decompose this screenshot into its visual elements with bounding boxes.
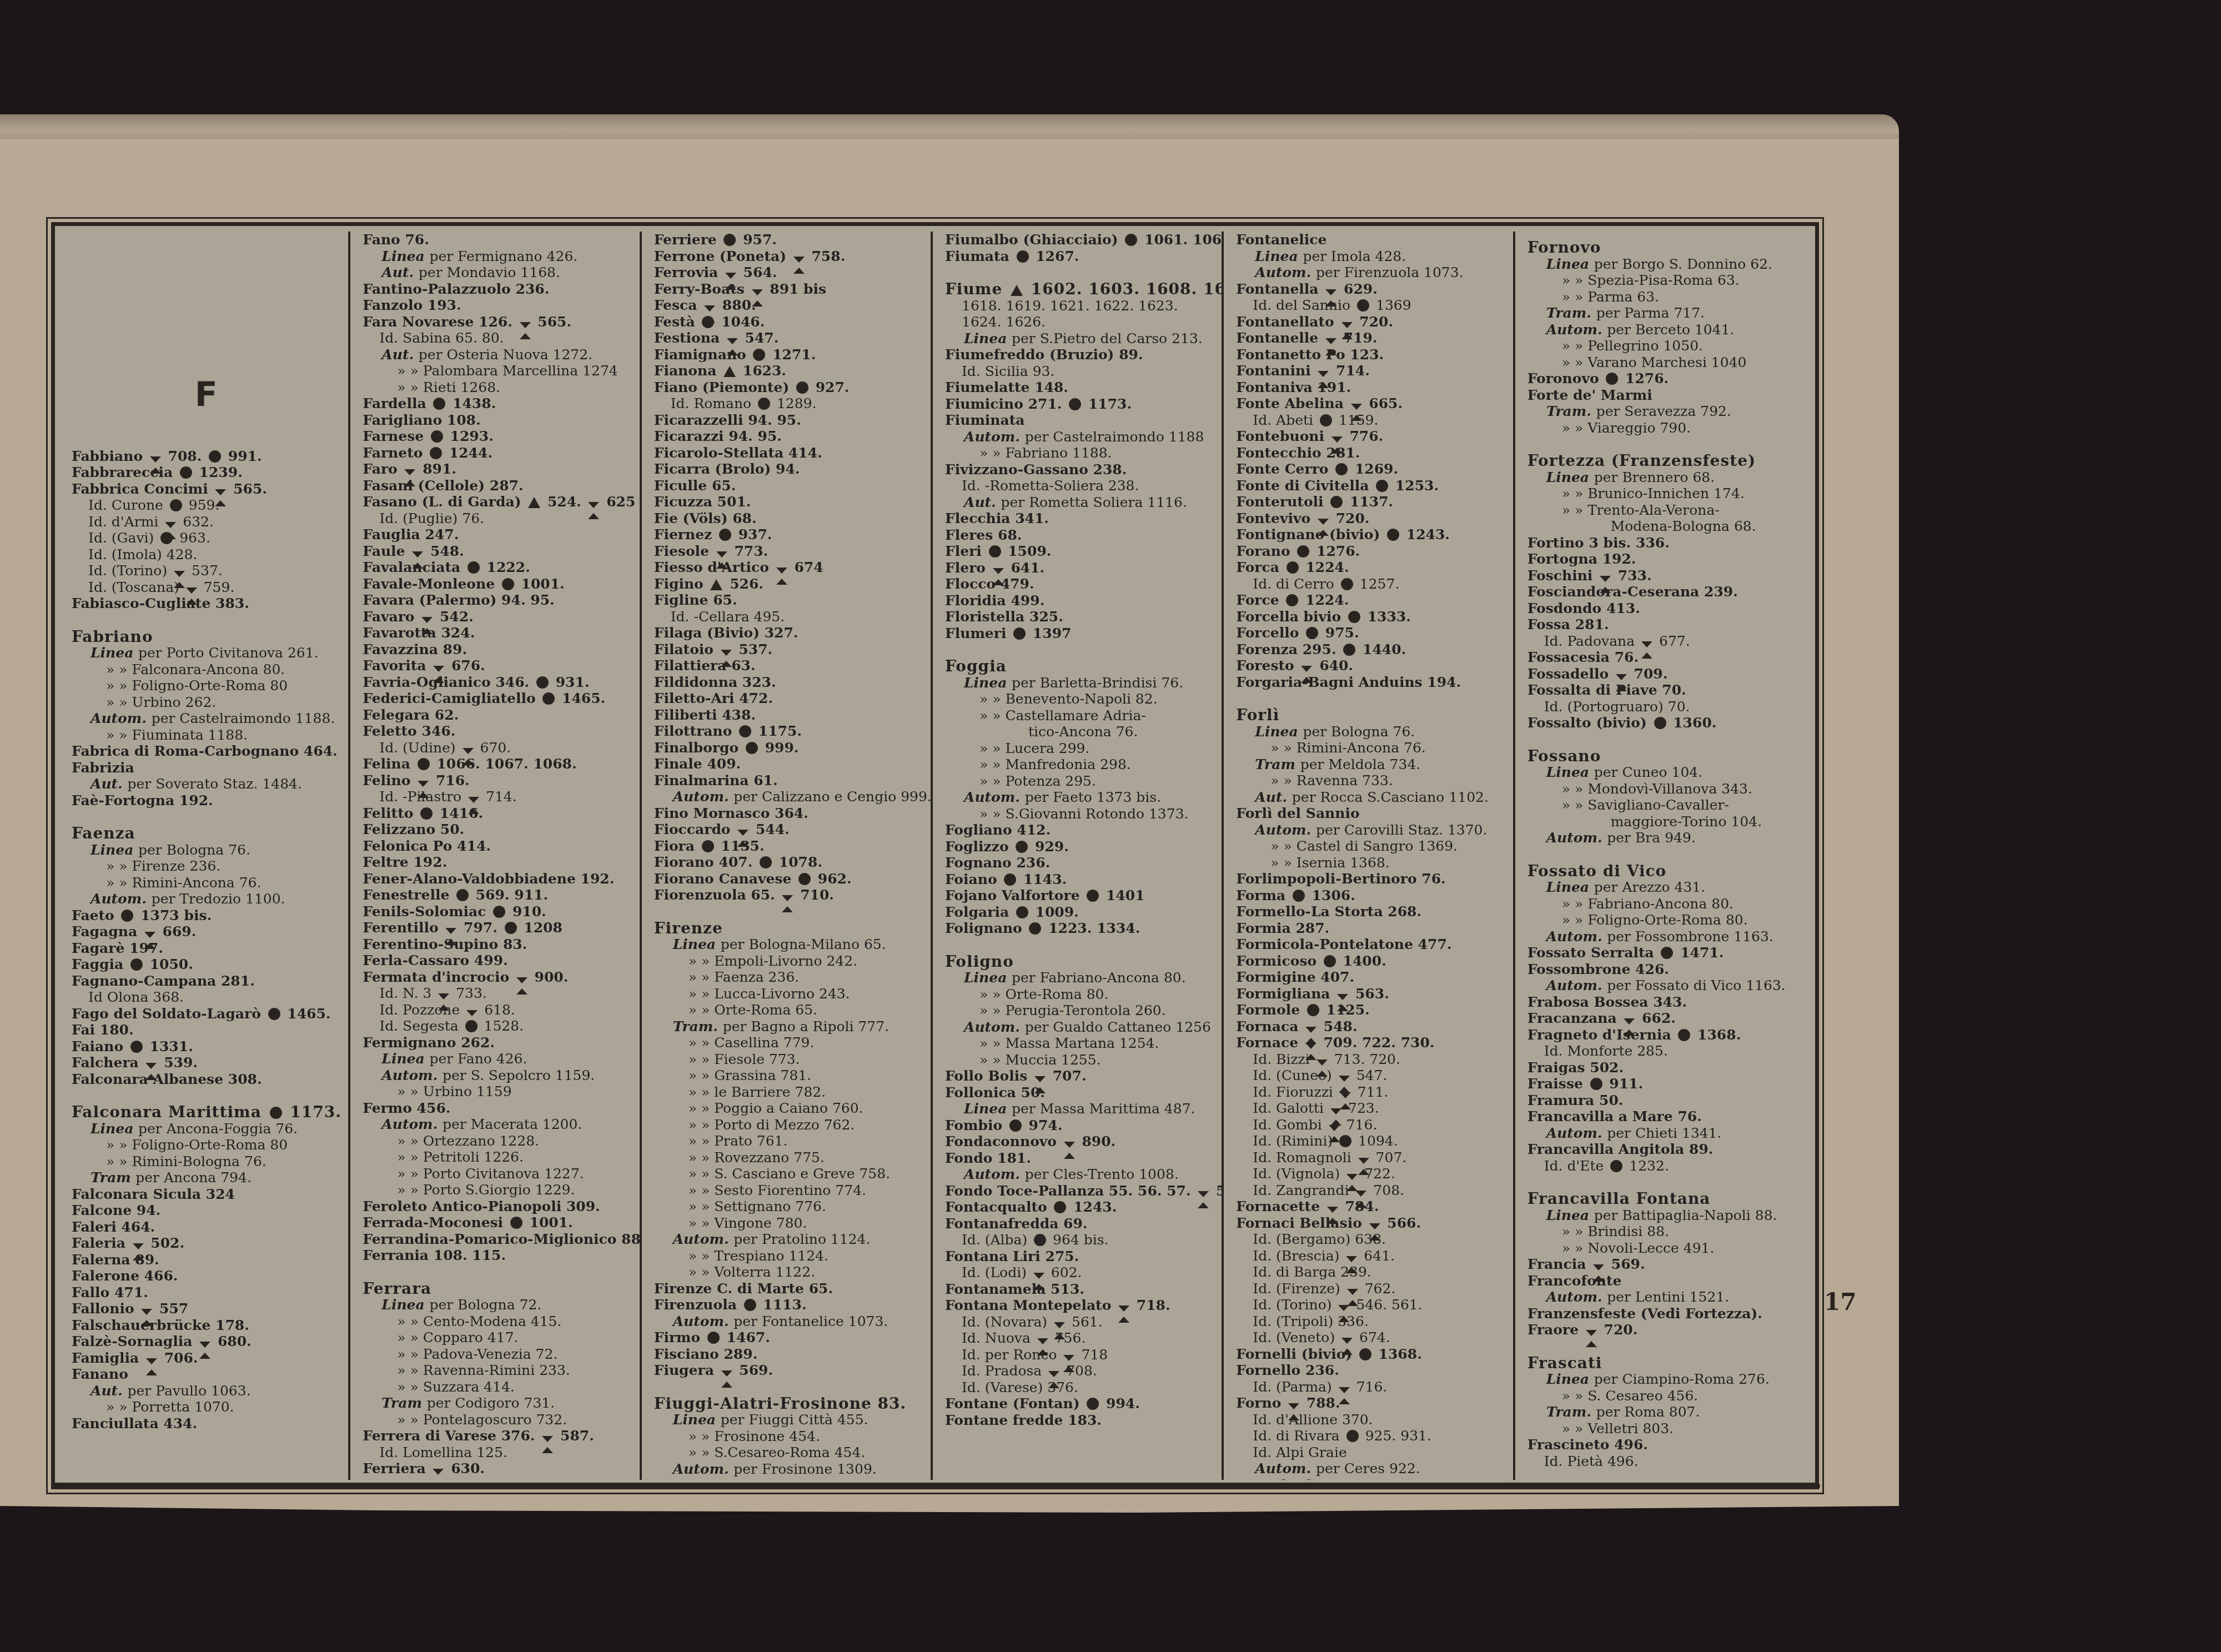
index-entry: Id. (Novara) 561.	[945, 1314, 1214, 1330]
index-entry: Floridia 499.	[945, 592, 1214, 609]
index-entry: Fontanellato 720.	[1236, 314, 1505, 330]
index-entry: Faleria 502.	[72, 1235, 340, 1252]
autobus-icon	[130, 1041, 143, 1053]
route-type-label: Autom.	[381, 1116, 443, 1132]
index-entry: » » Velletri 803.	[1527, 1420, 1796, 1437]
autobus-icon	[180, 466, 192, 479]
index-entry: Falschauerbrücke 178.	[72, 1317, 340, 1334]
autobus-icon	[760, 856, 772, 868]
index-entry: Fiora 1135.	[654, 838, 923, 855]
index-entry: Fornacette 784.	[1236, 1198, 1505, 1215]
index-entry: Fontacqualto 1243.	[945, 1199, 1214, 1216]
index-entry: Linea per Fabriano-Ancona 80.	[945, 970, 1214, 986]
index-entry: Forte de' Marmi	[1527, 387, 1796, 404]
autobus-icon	[505, 922, 517, 934]
autobus-icon	[723, 234, 736, 246]
index-entry: Id. (Brescia) 641.	[1236, 1248, 1505, 1264]
index-entry: Linea per S.Pietro del Carso 213.	[945, 330, 1214, 347]
index-entry: Id. Sabina 65. 80.	[363, 330, 631, 347]
railway-station-icon	[1355, 1191, 1366, 1197]
index-entry: Francavilla a Mare 76.	[1527, 1108, 1796, 1125]
index-entry: » » Rimini-Ancona 76.	[72, 875, 340, 891]
index-entry: Linea per Bologna 76.	[1236, 724, 1505, 740]
index-entry: » » Isernia 1368.	[1236, 855, 1505, 871]
index-entry: Fiorenzuola 65. 710.	[654, 887, 923, 903]
index-entry: Id. Galotti 723.	[1236, 1100, 1505, 1117]
index-entry: Ficarazzelli 94. 95.	[654, 412, 923, 429]
index-entry: Fardella 1438.	[363, 395, 631, 412]
index-entry: » » Castellamare Adria-	[945, 707, 1214, 724]
index-entry: Linea per Bologna 76.	[72, 842, 340, 858]
index-entry: Formole 1125.	[1236, 1002, 1505, 1018]
autobus-icon	[420, 807, 433, 820]
railway-station-icon	[704, 305, 715, 312]
index-entry: Fermata d'incrocio 900.	[363, 969, 631, 986]
route-type-label: Autom.	[1255, 822, 1316, 838]
index-entry: Id. (Lodi) 602.	[945, 1264, 1214, 1281]
index-entry: Linea per Arezzo 431.	[1527, 879, 1796, 896]
autobus-icon	[1054, 1201, 1066, 1213]
route-type-label: Tram.	[1546, 1404, 1596, 1420]
index-entry: Id. (Veneto) 674.	[1236, 1329, 1505, 1346]
index-entry: Falcone 94.	[72, 1202, 340, 1219]
autobus-icon	[1087, 1398, 1099, 1410]
autobus-icon	[1324, 955, 1336, 967]
index-entry: Fontignano (bivio) 1243.	[1236, 526, 1505, 543]
index-entry: Id. (Parma) 716.	[1236, 1379, 1505, 1395]
index-entry: Tram. per Seravezza 792.	[1527, 403, 1796, 420]
railway-station-icon	[737, 830, 748, 836]
railway-station-icon	[1048, 1371, 1059, 1377]
index-entry: Feletto 346.	[363, 723, 631, 740]
route-type-label: Tram	[91, 1169, 135, 1186]
railway-station-icon	[1586, 1330, 1597, 1336]
index-entry: » » Petritoli 1226.	[363, 1149, 631, 1166]
spacer	[1527, 436, 1796, 445]
index-entry: Tram per Ancona 794.	[72, 1169, 340, 1186]
railway-station-icon	[1347, 1289, 1358, 1295]
section-letter: F	[72, 387, 340, 404]
index-entry: Id. di Barga 239.	[1236, 1264, 1505, 1281]
autobus-icon	[702, 840, 714, 852]
route-type-label: Linea	[91, 645, 138, 661]
index-entry: Linea per Fano 426.	[363, 1051, 631, 1067]
railway-station-icon	[1305, 1043, 1316, 1049]
railway-station-icon	[727, 338, 738, 344]
route-type-label: Autom.	[91, 710, 152, 726]
index-entry: Frascineto 496.	[1527, 1437, 1796, 1453]
index-entry: Fabiasco-Cugliate 383.	[72, 595, 340, 612]
index-entry: Ficuzza 501.	[654, 494, 923, 510]
index-entry: Flumeri 1397	[945, 625, 1214, 642]
index-entry: » » Potenza 295.	[945, 773, 1214, 790]
autobus-icon	[1330, 496, 1343, 508]
index-entry: Fonterutoli 1137.	[1236, 494, 1505, 510]
index-entry: Id. di Cerro 1257.	[1236, 576, 1505, 592]
index-entry: Id. Zangrandi 708.	[1236, 1182, 1505, 1199]
index-entry: Fossa 281.	[1527, 616, 1796, 633]
route-type-label: Autom.	[1255, 1460, 1316, 1477]
index-entry: Id. (Portogruaro) 70.	[1527, 699, 1796, 715]
index-entry: » » Empoli-Livorno 242.	[654, 953, 923, 970]
autobus-icon	[1343, 644, 1355, 656]
route-type-label: Linea	[1255, 248, 1303, 264]
route-type-label: Autom.	[381, 1067, 443, 1083]
railway-station-icon	[752, 289, 763, 295]
index-entry: Autom. per Fossombrone 1163.	[1527, 928, 1796, 945]
index-entry: Ferla-Cassaro 499.	[363, 952, 631, 969]
index-entry: Formigliana 563.	[1236, 986, 1505, 1002]
index-entry: Foglizzo 929.	[945, 838, 1214, 855]
index-entry: Autom. per Ceres 922.	[1236, 1460, 1505, 1477]
index-entry: Linea per Battipaglia-Napoli 88.	[1527, 1207, 1796, 1224]
index-entry: Fontanetto Po 123.	[1236, 347, 1505, 363]
index-entry: Fossacesia 76.	[1527, 649, 1796, 666]
index-entry: Filetto-Ari 472.	[654, 690, 923, 707]
index-entry: Modena-Bologna 68.	[1527, 518, 1796, 535]
index-entry: » » Varano Marchesi 1040	[1527, 354, 1796, 371]
railway-station-icon	[1641, 641, 1652, 647]
index-entry: » » Mondovì-Villanova 343.	[1527, 781, 1796, 797]
route-type-label: Linea	[91, 1121, 138, 1137]
route-type-label: Autom.	[1546, 928, 1607, 945]
railway-station-icon	[1338, 1305, 1349, 1311]
index-entry: Autom. per Tredozio 1100.	[72, 891, 340, 907]
index-section-heading: Fornovo	[1527, 239, 1796, 256]
index-entry: Fontana Liri 275.	[945, 1248, 1214, 1265]
railway-station-icon	[776, 568, 787, 574]
index-entry: Fosdondo 413.	[1527, 600, 1796, 617]
autobus-icon	[1287, 561, 1299, 574]
index-entry: Id. (Toscana) 759.	[72, 579, 340, 596]
index-entry: Linea per Fermignano 426.	[363, 248, 631, 265]
railway-station-icon	[716, 551, 727, 558]
index-entry: Fondo 181.	[945, 1150, 1214, 1167]
index-entry: Fiumefreddo (Bruzio) 89.	[945, 347, 1214, 363]
index-entry: Fondo Toce-Pallanza 55. 56. 57. 568.	[945, 1183, 1214, 1199]
autobus-icon	[1320, 414, 1332, 426]
index-entry: Fabbrareccia 1239.	[72, 464, 340, 481]
index-entry: Fleres 68.	[945, 527, 1214, 544]
autobus-icon	[121, 910, 133, 922]
index-entry: Id. (Tripoli) 336.	[1236, 1313, 1505, 1330]
railway-station-icon	[721, 650, 732, 656]
index-entry: Fontebuoni 776.	[1236, 428, 1505, 445]
index-entry: Formia 287.	[1236, 920, 1505, 937]
boat-anchor-icon	[528, 497, 540, 508]
index-entry: » » Poggio a Caiano 760.	[654, 1100, 923, 1117]
index-entry: » » Brunico-Innichen 174.	[1527, 485, 1796, 502]
autobus-icon	[1009, 1119, 1022, 1132]
index-entry: Tram. per Bagno a Ripoli 777.	[654, 1018, 923, 1035]
route-type-label: Linea	[964, 970, 1012, 986]
railway-station-icon	[993, 568, 1004, 574]
railway-station-icon	[466, 1010, 478, 1016]
index-entry: Id. Fioruzzi 711.	[1236, 1084, 1505, 1101]
railway-station-icon	[520, 322, 531, 328]
index-entry: » » Ravenna-Rimini 233.	[363, 1362, 631, 1379]
index-entry: » » Firenze 236.	[72, 858, 340, 875]
index-entry: Favaro 542.	[363, 609, 631, 625]
index-entry: Formicoso 1400.	[1236, 953, 1505, 970]
index-entry: Falconara Albanese 308.	[72, 1071, 340, 1088]
index-entry: » » Fabriano 1188.	[945, 445, 1214, 461]
index-entry: Fornello 236.	[1236, 1362, 1505, 1379]
index-entry: Linea per Cuneo 104.	[1527, 764, 1796, 781]
index-entry: Folgaria 1009.	[945, 904, 1214, 921]
autobus-icon	[1678, 1029, 1690, 1041]
index-entry: 1624. 1626.	[945, 314, 1214, 330]
index-entry: Id. d'Ete 1232.	[1527, 1158, 1796, 1174]
railway-station-icon	[1037, 1338, 1048, 1344]
index-entry: Fasano (L. di Garda) 524. 625	[363, 494, 631, 510]
index-entry: » » Foligno-Orte-Roma 80.	[1527, 912, 1796, 928]
railway-station-icon	[1593, 1264, 1604, 1271]
index-entry: Autom. per Firenzuola 1073.	[1236, 264, 1505, 281]
index-entry: Fracanzana 662.	[1527, 1010, 1796, 1027]
index-entry: Fleri 1509.	[945, 543, 1214, 560]
route-type-label: Linea	[381, 1297, 429, 1313]
autobus-icon	[1004, 873, 1016, 886]
index-entry: Fiuminata	[945, 412, 1214, 429]
index-entry: » » Spezia-Pisa-Roma 63.	[1527, 272, 1796, 289]
index-entry: Fornelli (bivio) 1368.	[1236, 1346, 1505, 1363]
index-entry: Forlimpopoli-Bertinoro 76.	[1236, 871, 1505, 887]
index-entry: Fiumelatte 148.	[945, 379, 1214, 396]
autobus-icon	[1286, 594, 1298, 606]
index-section-heading: Fossano	[1527, 748, 1796, 765]
index-entry: Fallonio 557	[72, 1300, 340, 1317]
index-entry: Faè-Fortogna 192.	[72, 792, 340, 809]
index-entry: Fontevivo 720.	[1236, 510, 1505, 527]
index-entry: Fara Novarese 126. 565.	[363, 314, 631, 330]
index-entry: Foronovo 1276.	[1527, 370, 1796, 387]
railway-station-icon	[421, 617, 433, 623]
index-entry: Id. -Pilastro 714.	[363, 789, 631, 805]
route-type-label: Aut.	[91, 776, 128, 792]
index-entry: Fombio 974.	[945, 1117, 1214, 1134]
route-type-label: Autom.	[964, 789, 1025, 805]
index-entry: Favria-Oglianico 346. 931.	[363, 674, 631, 691]
index-entry: Fontanini 714.	[1236, 363, 1505, 379]
autobus-icon	[1306, 627, 1318, 639]
index-entry: Fossalto (bivio) 1360.	[1527, 715, 1796, 731]
index-entry: » » Lucera 299.	[945, 740, 1214, 757]
autobus-icon	[1357, 299, 1369, 312]
index-entry: Autom. per Cles-Trento 1008.	[945, 1166, 1214, 1183]
spacer	[654, 1379, 923, 1388]
index-entry: Fraore 720.	[1527, 1322, 1796, 1338]
index-entry: Autom. per S. Sepolcro 1159.	[363, 1067, 631, 1084]
index-entry: Id. -Cellara 495.	[654, 609, 923, 625]
autobus-icon	[1339, 1135, 1351, 1147]
index-entry: Autom. per Pratolino 1124.	[654, 1231, 923, 1248]
index-entry: Fianona 1623.	[654, 363, 923, 379]
index-entry: » » Porto Civitanova 1227.	[363, 1166, 631, 1182]
index-entry: Aut. per Pavullo 1063.	[72, 1383, 340, 1399]
index-entry: Francia 569.	[1527, 1256, 1796, 1273]
index-entry: Aut. per Osteria Nuova 1272.	[363, 347, 631, 363]
index-entry: Autom. per Frosinone 1309.	[654, 1461, 923, 1478]
autobus-icon	[1359, 1348, 1371, 1360]
index-entry: Feroleto Antico-Pianopoli 309.	[363, 1198, 631, 1215]
autobus-icon	[268, 1008, 280, 1020]
index-entry: » » Vingone 780.	[654, 1215, 923, 1232]
index-entry: Fenestrelle 569. 911.	[363, 887, 631, 903]
route-type-label: Linea	[673, 936, 721, 952]
spacer	[1236, 690, 1505, 699]
index-entry: Id. Alpi Graie	[1236, 1444, 1505, 1461]
autobus-icon	[433, 398, 445, 410]
index-entry: Fantino-Palazzuolo 236.	[363, 281, 631, 298]
index-column-2: Fano 76.Linea per Fermignano 426.Aut. pe…	[350, 232, 641, 1480]
railway-station-icon	[433, 666, 444, 672]
index-entry: Formello-La Storta 268.	[1236, 903, 1505, 920]
autobus-icon	[1606, 373, 1618, 385]
index-entry: Flecchia 341.	[945, 510, 1214, 527]
index-entry: » » Casellina 779.	[654, 1035, 923, 1051]
railway-station-icon	[438, 993, 449, 1000]
route-type-label: Linea	[1546, 879, 1594, 895]
index-entry: Fiumalbo (Ghiacciaio) 1061. 1062.	[945, 232, 1214, 248]
autobus-icon	[502, 578, 514, 590]
index-entry: » » Sesto Fiorentino 774.	[654, 1182, 923, 1199]
railway-station-icon	[1316, 1060, 1328, 1066]
index-entry: Fontaniva 191.	[1236, 379, 1505, 396]
autobus-icon	[493, 906, 505, 918]
railway-station-icon	[141, 1309, 152, 1315]
autobus-icon	[1293, 890, 1305, 902]
railway-station-icon	[1198, 1191, 1209, 1197]
index-entry: Id. per Ronco 718	[945, 1347, 1214, 1363]
index-entry: Fivizzano-Gassano 238.	[945, 461, 1214, 478]
index-entry: Federici-Camigliatello 1465.	[363, 690, 631, 707]
railway-station-icon	[186, 588, 197, 594]
railway-station-icon	[418, 781, 429, 787]
index-entry: Autom. per Faeto 1373 bis.	[945, 789, 1214, 806]
route-type-label: Autom.	[1546, 1125, 1607, 1141]
index-entry: Id. (Alba) 964 bis.	[945, 1232, 1214, 1248]
index-entry: Linea per Bologna 72.	[363, 1297, 631, 1313]
index-entry: Fiano (Piemonte) 927.	[654, 379, 923, 396]
index-entry: Festiona 547.	[654, 330, 923, 347]
index-entry: » » Volterra 1122.	[654, 1264, 923, 1281]
index-section-heading: Faenza	[72, 825, 340, 842]
index-section-heading: Foggia	[945, 658, 1214, 675]
autobus-icon	[719, 529, 731, 541]
index-entry: Id. Bizzi 713. 720.	[1236, 1051, 1505, 1068]
index-entry: Foiano 1143.	[945, 871, 1214, 888]
spacer	[363, 1264, 631, 1273]
autobus-icon	[1016, 906, 1028, 918]
autobus-icon	[1376, 480, 1388, 492]
index-entry: Id. (Vignola) 722.	[1236, 1166, 1505, 1182]
index-section-heading: Fortezza (Franzensfeste)	[1527, 453, 1796, 469]
autobus-icon	[170, 499, 182, 511]
index-entry: Linea per Porto Civitanova 261.	[72, 645, 340, 661]
index-entry: » » Savigliano-Cavaller-	[1527, 797, 1796, 814]
index-entry: Foschini 733.	[1527, 568, 1796, 584]
index-entry: Farigliano 108.	[363, 412, 631, 429]
index-entry: Id. Lomellina 125.	[363, 1444, 631, 1461]
spacer	[1527, 1338, 1796, 1347]
index-entry: » » Castel di Sangro 1369.	[1236, 838, 1505, 855]
spacer	[72, 612, 340, 621]
index-entry: Fermo 456.	[363, 1100, 631, 1117]
index-entry: Favara (Palermo) 94. 95.	[363, 592, 631, 609]
autobus-icon	[270, 1107, 282, 1119]
index-entry: Id. (Rimini) 1094.	[1236, 1133, 1505, 1149]
index-entry: Ferriere 957.	[654, 232, 923, 248]
index-entry: » » Lucca-Livorno 243.	[654, 986, 923, 1002]
index-entry: Fisciano 289.	[654, 1346, 923, 1363]
index-entry: Id. Romagnoli 707.	[1236, 1149, 1505, 1166]
index-entry: » » Frosinone 454.	[654, 1428, 923, 1445]
autobus-icon	[468, 561, 480, 574]
railway-station-icon	[1118, 1305, 1129, 1312]
index-entry: Autom. per Castelraimondo 1188	[945, 429, 1214, 445]
index-entry: » » Trento-Ala-Verona-	[1527, 502, 1796, 519]
index-entry: Fabrica di Roma-Carbognano 464.	[72, 743, 340, 760]
index-entry: Id. Padovana 677.	[1527, 633, 1796, 650]
index-entry: Aut. per Mondavio 1168.	[363, 264, 631, 281]
index-entry: Id. Curone 959.	[72, 497, 340, 514]
index-entry: Linea per Ciampino-Roma 276.	[1527, 1371, 1796, 1388]
railway-station-icon	[725, 273, 736, 279]
index-entry: » » Fabriano-Ancona 80.	[1527, 896, 1796, 912]
autobus-icon	[1029, 922, 1041, 935]
index-entry: Id. Sicilia 93.	[945, 363, 1214, 380]
index-entry: Fiugera 569.	[654, 1362, 923, 1379]
autobus-icon	[542, 692, 555, 705]
index-entry: Fiorano Canavese 962.	[654, 871, 923, 887]
route-type-label: Linea	[1546, 764, 1594, 780]
index-entry: Ferentino-Supino 83.	[363, 936, 631, 953]
autobus-icon	[1341, 578, 1353, 590]
railway-station-icon	[468, 797, 479, 803]
index-entry: » » Grassina 781.	[654, 1067, 923, 1084]
index-entry: Forcella bivio 1333.	[1236, 609, 1505, 625]
index-entry: Fiamignano 1271.	[654, 347, 923, 363]
index-entry: Fioccardo 544.	[654, 821, 923, 838]
index-entry: Faule 548.	[363, 543, 631, 560]
railway-station-icon	[144, 932, 155, 938]
railway-station-icon	[1064, 1142, 1075, 1148]
index-entry: » » Porretta 1070.	[72, 1399, 340, 1415]
index-entry: Fornaca 548.	[1236, 1018, 1505, 1035]
index-entry: » » Rimini-Ancona 76.	[1236, 740, 1505, 756]
railway-station-icon	[1054, 1322, 1065, 1328]
index-entry: Flocco 479.	[945, 576, 1214, 592]
index-entry: Floristella 325.	[945, 609, 1214, 625]
index-entry: Feltre 192.	[363, 854, 631, 871]
autobus-icon	[1034, 1234, 1046, 1246]
index-entry: » » Orte-Roma 65.	[654, 1002, 923, 1018]
index-entry: Francofonte	[1527, 1273, 1796, 1289]
index-entry: Autom. per Fossato di Vico 1163.	[1527, 977, 1796, 994]
page-frame: F Fabbiano 708. 991.Fabbrareccia 1239.Fa…	[51, 222, 1819, 1489]
index-entry: Felegara 62.	[363, 707, 631, 724]
index-entry: » » Palombara Marcellina 1274	[363, 363, 631, 379]
index-entry: Fraisse 911.	[1527, 1076, 1796, 1092]
index-entry: Fontana Montepelato 718.	[945, 1297, 1214, 1314]
index-entry: Fagagna 669.	[72, 923, 340, 940]
index-entry: Fener-Alano-Valdobbiadene 192.	[363, 871, 631, 887]
autobus-icon	[758, 398, 770, 410]
index-entry: Id. Pietà 496.	[1527, 1453, 1796, 1470]
autobus-icon	[456, 889, 469, 901]
index-entry: » » Fiesole 773.	[654, 1051, 923, 1068]
